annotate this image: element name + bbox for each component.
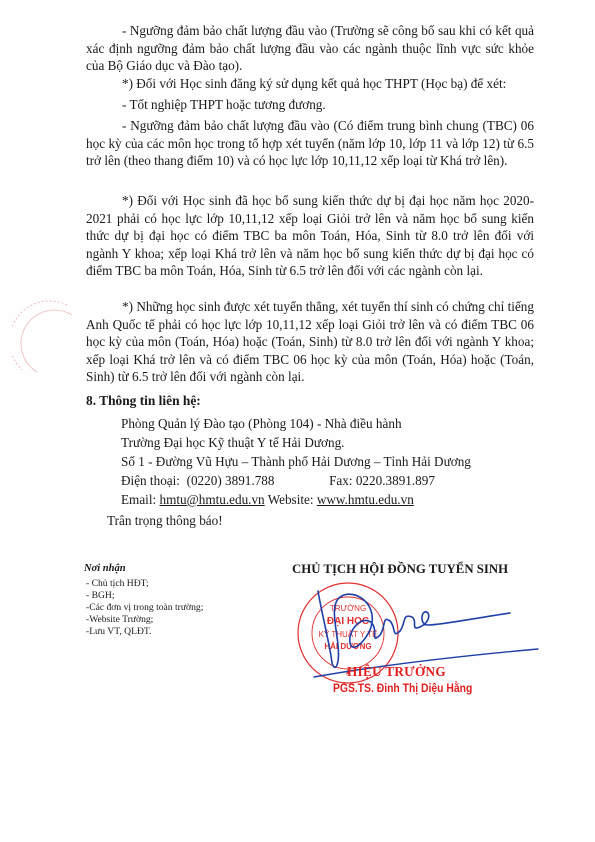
section-heading-contact: 8. Thông tin liên hệ: [86, 393, 201, 409]
signature-title: CHỦ TỊCH HỘI ĐỒNG TUYỂN SINH [292, 562, 508, 577]
recipient-item: -Lưu VT, QLĐT. [86, 626, 151, 638]
recipient-item: - Chủ tịch HĐT; [86, 578, 149, 590]
recipient-item: - BGH; [86, 590, 115, 602]
contact-address: Số 1 - Đường Vũ Hựu – Thành phố Hải Dươn… [121, 453, 471, 472]
ghost-stamp-mark [12, 300, 82, 380]
email-label: Email: [121, 492, 156, 507]
closing-text: Trân trọng thông báo! [107, 512, 223, 530]
paragraph-hocba-intro: *) Đối với Học sinh đăng ký sử dụng kết … [86, 75, 534, 93]
recipient-item: -Các đơn vị trong toàn trường; [86, 602, 203, 614]
phone-label: Điện thoại: [121, 473, 180, 488]
email-link[interactable]: hmtu@hmtu.edu.vn [159, 492, 264, 507]
paragraph-hocba-threshold: - Ngưỡng đảm bảo chất lượng đầu vào (Có … [86, 117, 534, 170]
recipient-item: -Website Trường; [86, 614, 153, 626]
website-link[interactable]: www.hmtu.edu.vn [317, 492, 414, 507]
fax-label: Fax: [329, 473, 352, 488]
paragraph-graduation: - Tốt nghiệp THPT hoặc tương đương. [86, 96, 534, 114]
contact-office: Phòng Quản lý Đào tạo (Phòng 104) - Nhà … [121, 415, 402, 434]
contact-phone-line: Điện thoại: (0220) 3891.788 Fax: 0220.38… [121, 472, 435, 491]
recipients-title: Nơi nhận [84, 563, 126, 574]
paragraph-direct-admission: *) Những học sinh được xét tuyển thẳng, … [86, 298, 534, 386]
signer-name: PGS.TS. Đinh Thị Diệu Hằng [333, 681, 472, 695]
paragraph-threshold-note: - Ngưỡng đảm bảo chất lượng đầu vào (Trư… [86, 22, 534, 75]
paragraph-preparatory: *) Đối với Học sinh đã học bổ sung kiến … [86, 192, 534, 280]
document-page: - Ngưỡng đảm bảo chất lượng đầu vào (Trư… [0, 0, 595, 842]
contact-email-line: Email: hmtu@hmtu.edu.vn Website: www.hmt… [121, 491, 414, 510]
contact-school: Trường Đại học Kỹ thuật Y tế Hải Dương. [121, 434, 344, 453]
signer-role: HIỆU TRƯỞNG [347, 664, 446, 680]
website-label: Website: [268, 492, 314, 507]
phone-value: (0220) 3891.788 [187, 473, 275, 488]
fax-value: 0220.3891.897 [356, 473, 435, 488]
